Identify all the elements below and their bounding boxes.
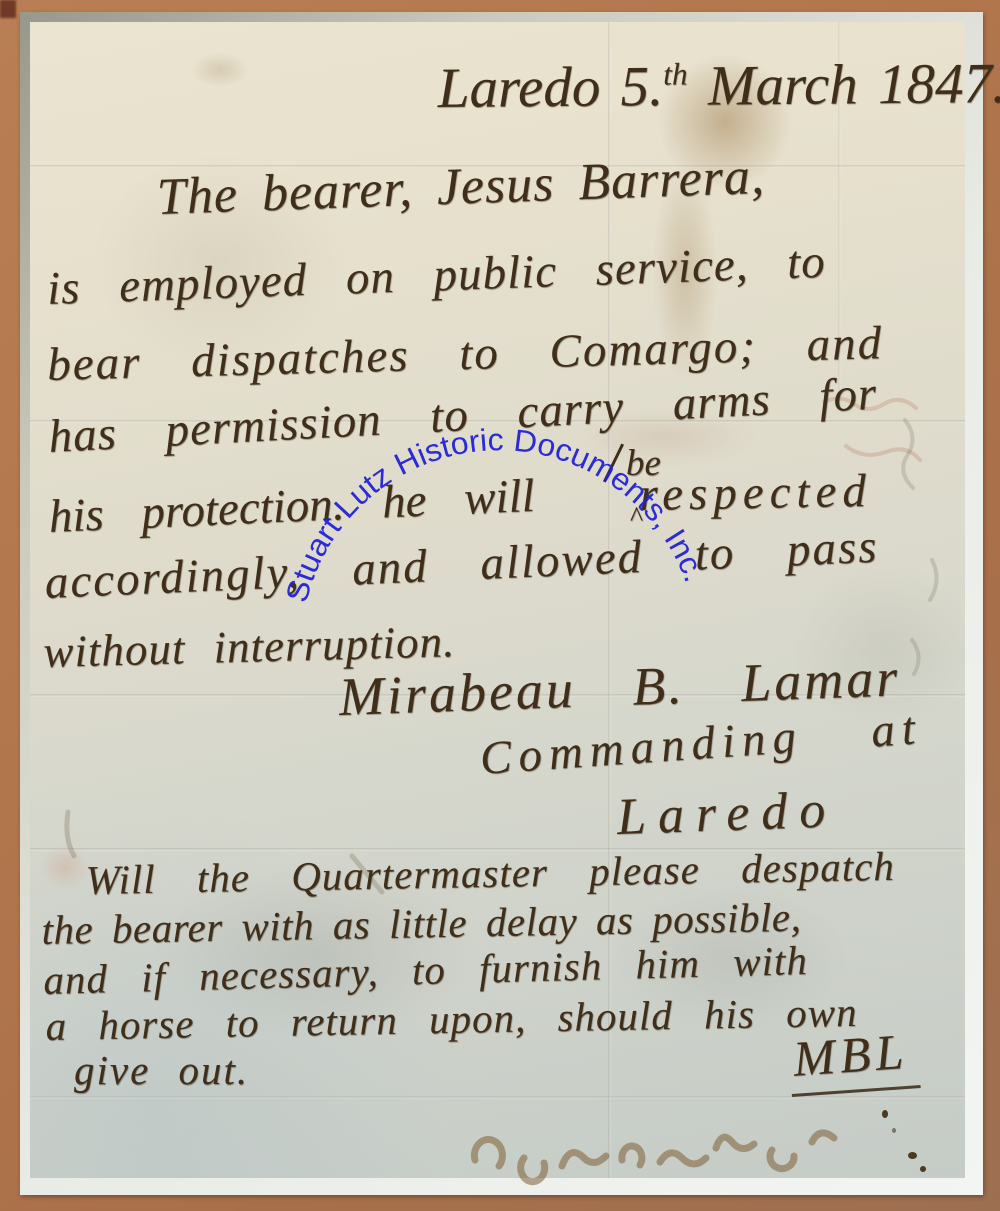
letter-text: Laredo 5.th March 1847. The bearer, Jesu… — [0, 0, 1000, 1211]
dateline-place-day: Laredo 5. — [437, 55, 663, 120]
framed-letter-photo: Laredo 5.th March 1847. The bearer, Jesu… — [0, 0, 1000, 1211]
dateline: Laredo 5.th March 1847. — [437, 51, 1000, 121]
letter-line-1: The bearer, Jesus Barrera, — [156, 147, 766, 227]
letter-line-2: is employed on public service, to — [46, 235, 826, 316]
insertion-mark — [603, 443, 624, 482]
dateline-ordinal: th — [663, 56, 688, 91]
signature-initials: MBL — [787, 1021, 920, 1097]
dateline-month-year: March 1847. — [687, 52, 1000, 118]
letter-line-5b: respected — [639, 464, 872, 522]
postscript-line-5: give out. — [74, 1046, 249, 1094]
letter-line-5a: his protection. he will — [48, 469, 536, 544]
signature-place: Laredo — [616, 780, 838, 847]
